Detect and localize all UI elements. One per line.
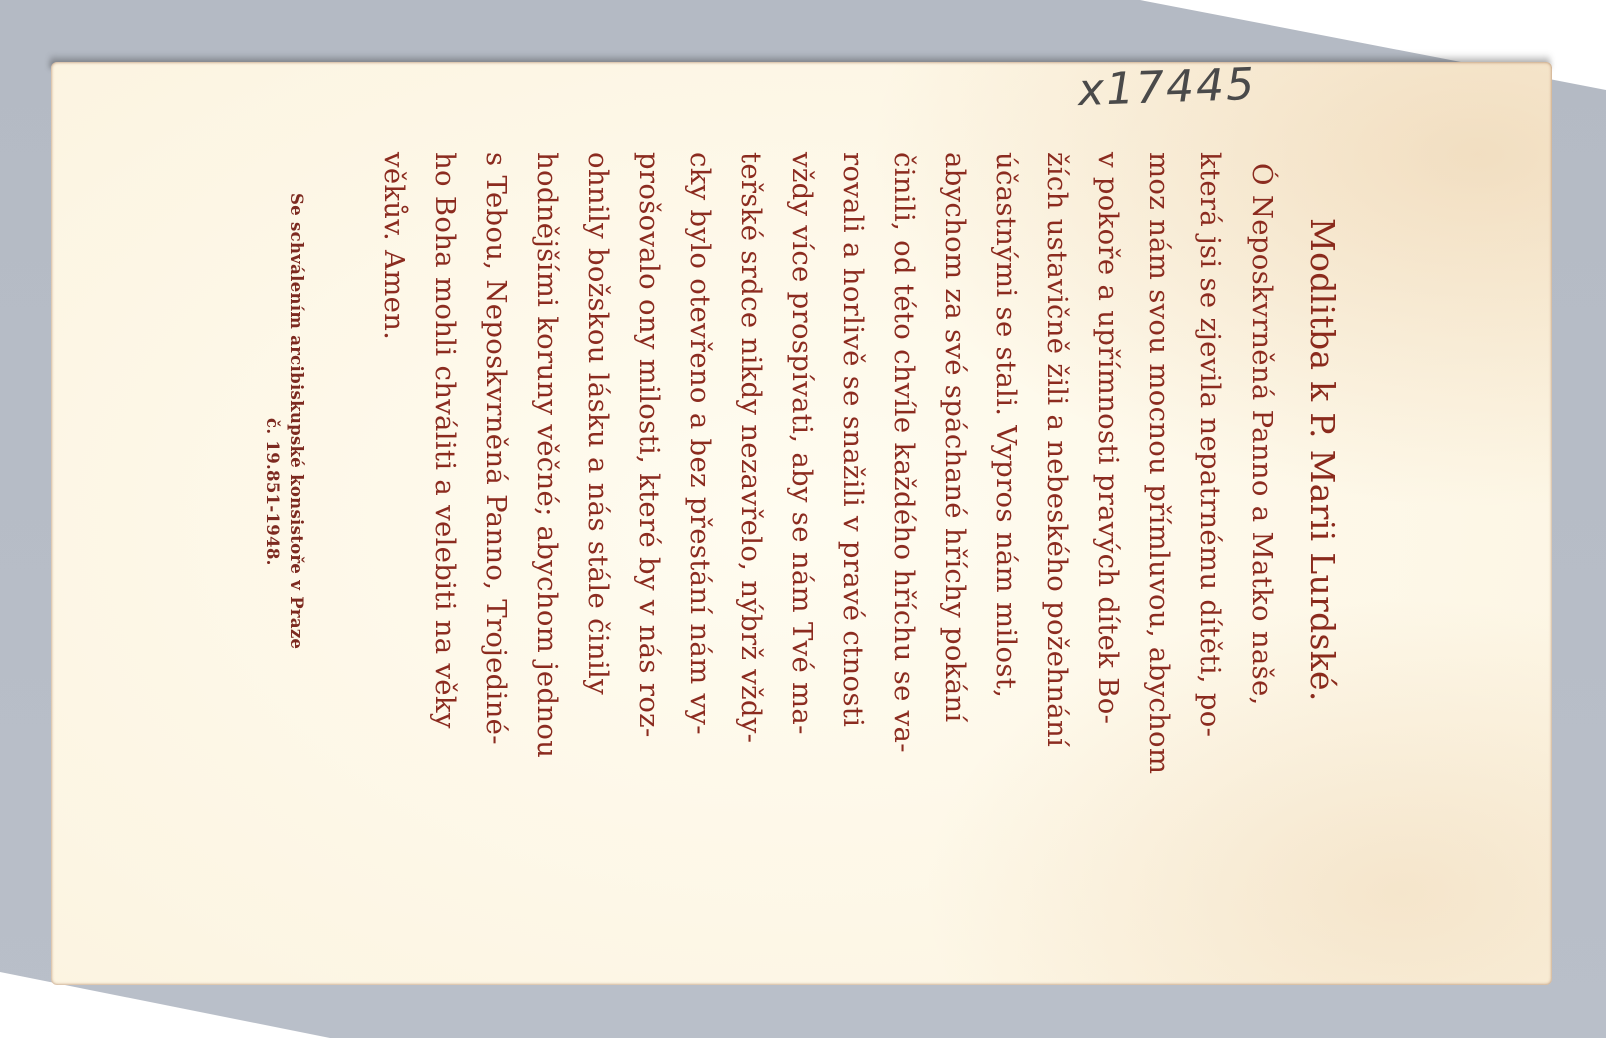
body-line: vždy více prospívati, aby se nám Tvé ma-	[786, 152, 818, 735]
body-line: účastnými se stali. Vypros nám milost,	[990, 152, 1022, 698]
prayer-title: Modlitba k P. Marii Lurdské.	[1303, 218, 1342, 702]
body-line: ho Boha mohli chváliti a velebiti na věk…	[429, 152, 461, 729]
body-line: prošovalo ony milosti, které by v nás ro…	[633, 152, 665, 738]
body-line: Ó Neposkvrněná Panno a Matko naše,	[1246, 163, 1278, 706]
body-line: v pokoře a upřímnosti pravých dítek Bo-	[1092, 152, 1124, 724]
body-line: činili, od této chvíle každého hříchu se…	[888, 152, 920, 753]
prayer-text-block: Modlitba k P. Marii Lurdské. Ó Neposkvrn…	[0, 0, 1606, 1038]
approval-number: č. 19.851-1948.	[263, 418, 282, 566]
body-line: ohnily božskou lásku a nás stále činily	[582, 152, 614, 695]
body-line: rovali a horlivě se snažili v pravé ctno…	[837, 152, 869, 727]
body-line: moz nám svou mocnou přímluvou, abychom	[1143, 152, 1175, 774]
body-line: hodnějšími koruny věčné; abychom jednou	[531, 152, 563, 758]
body-line: abychom za své spáchané hříchy pokání	[939, 152, 971, 723]
body-line: cky bylo otevřeno a bez přestání nám vy-	[684, 152, 716, 735]
body-line: věkův. Amen.	[378, 152, 410, 340]
body-line: která jsi se zjevila nepatrnému dítěti, …	[1194, 152, 1226, 737]
body-line: s Tebou, Neposkvrněná Panno, Trojediné-	[480, 152, 512, 745]
approval-note: Se schválením arcibiskupské konsistoře v…	[287, 193, 306, 649]
body-line: teřské srdce nikdy nezavřelo, nýbrž vždy…	[735, 152, 767, 743]
body-line: žích ustavičně žili a nebeského požehnán…	[1041, 152, 1073, 747]
